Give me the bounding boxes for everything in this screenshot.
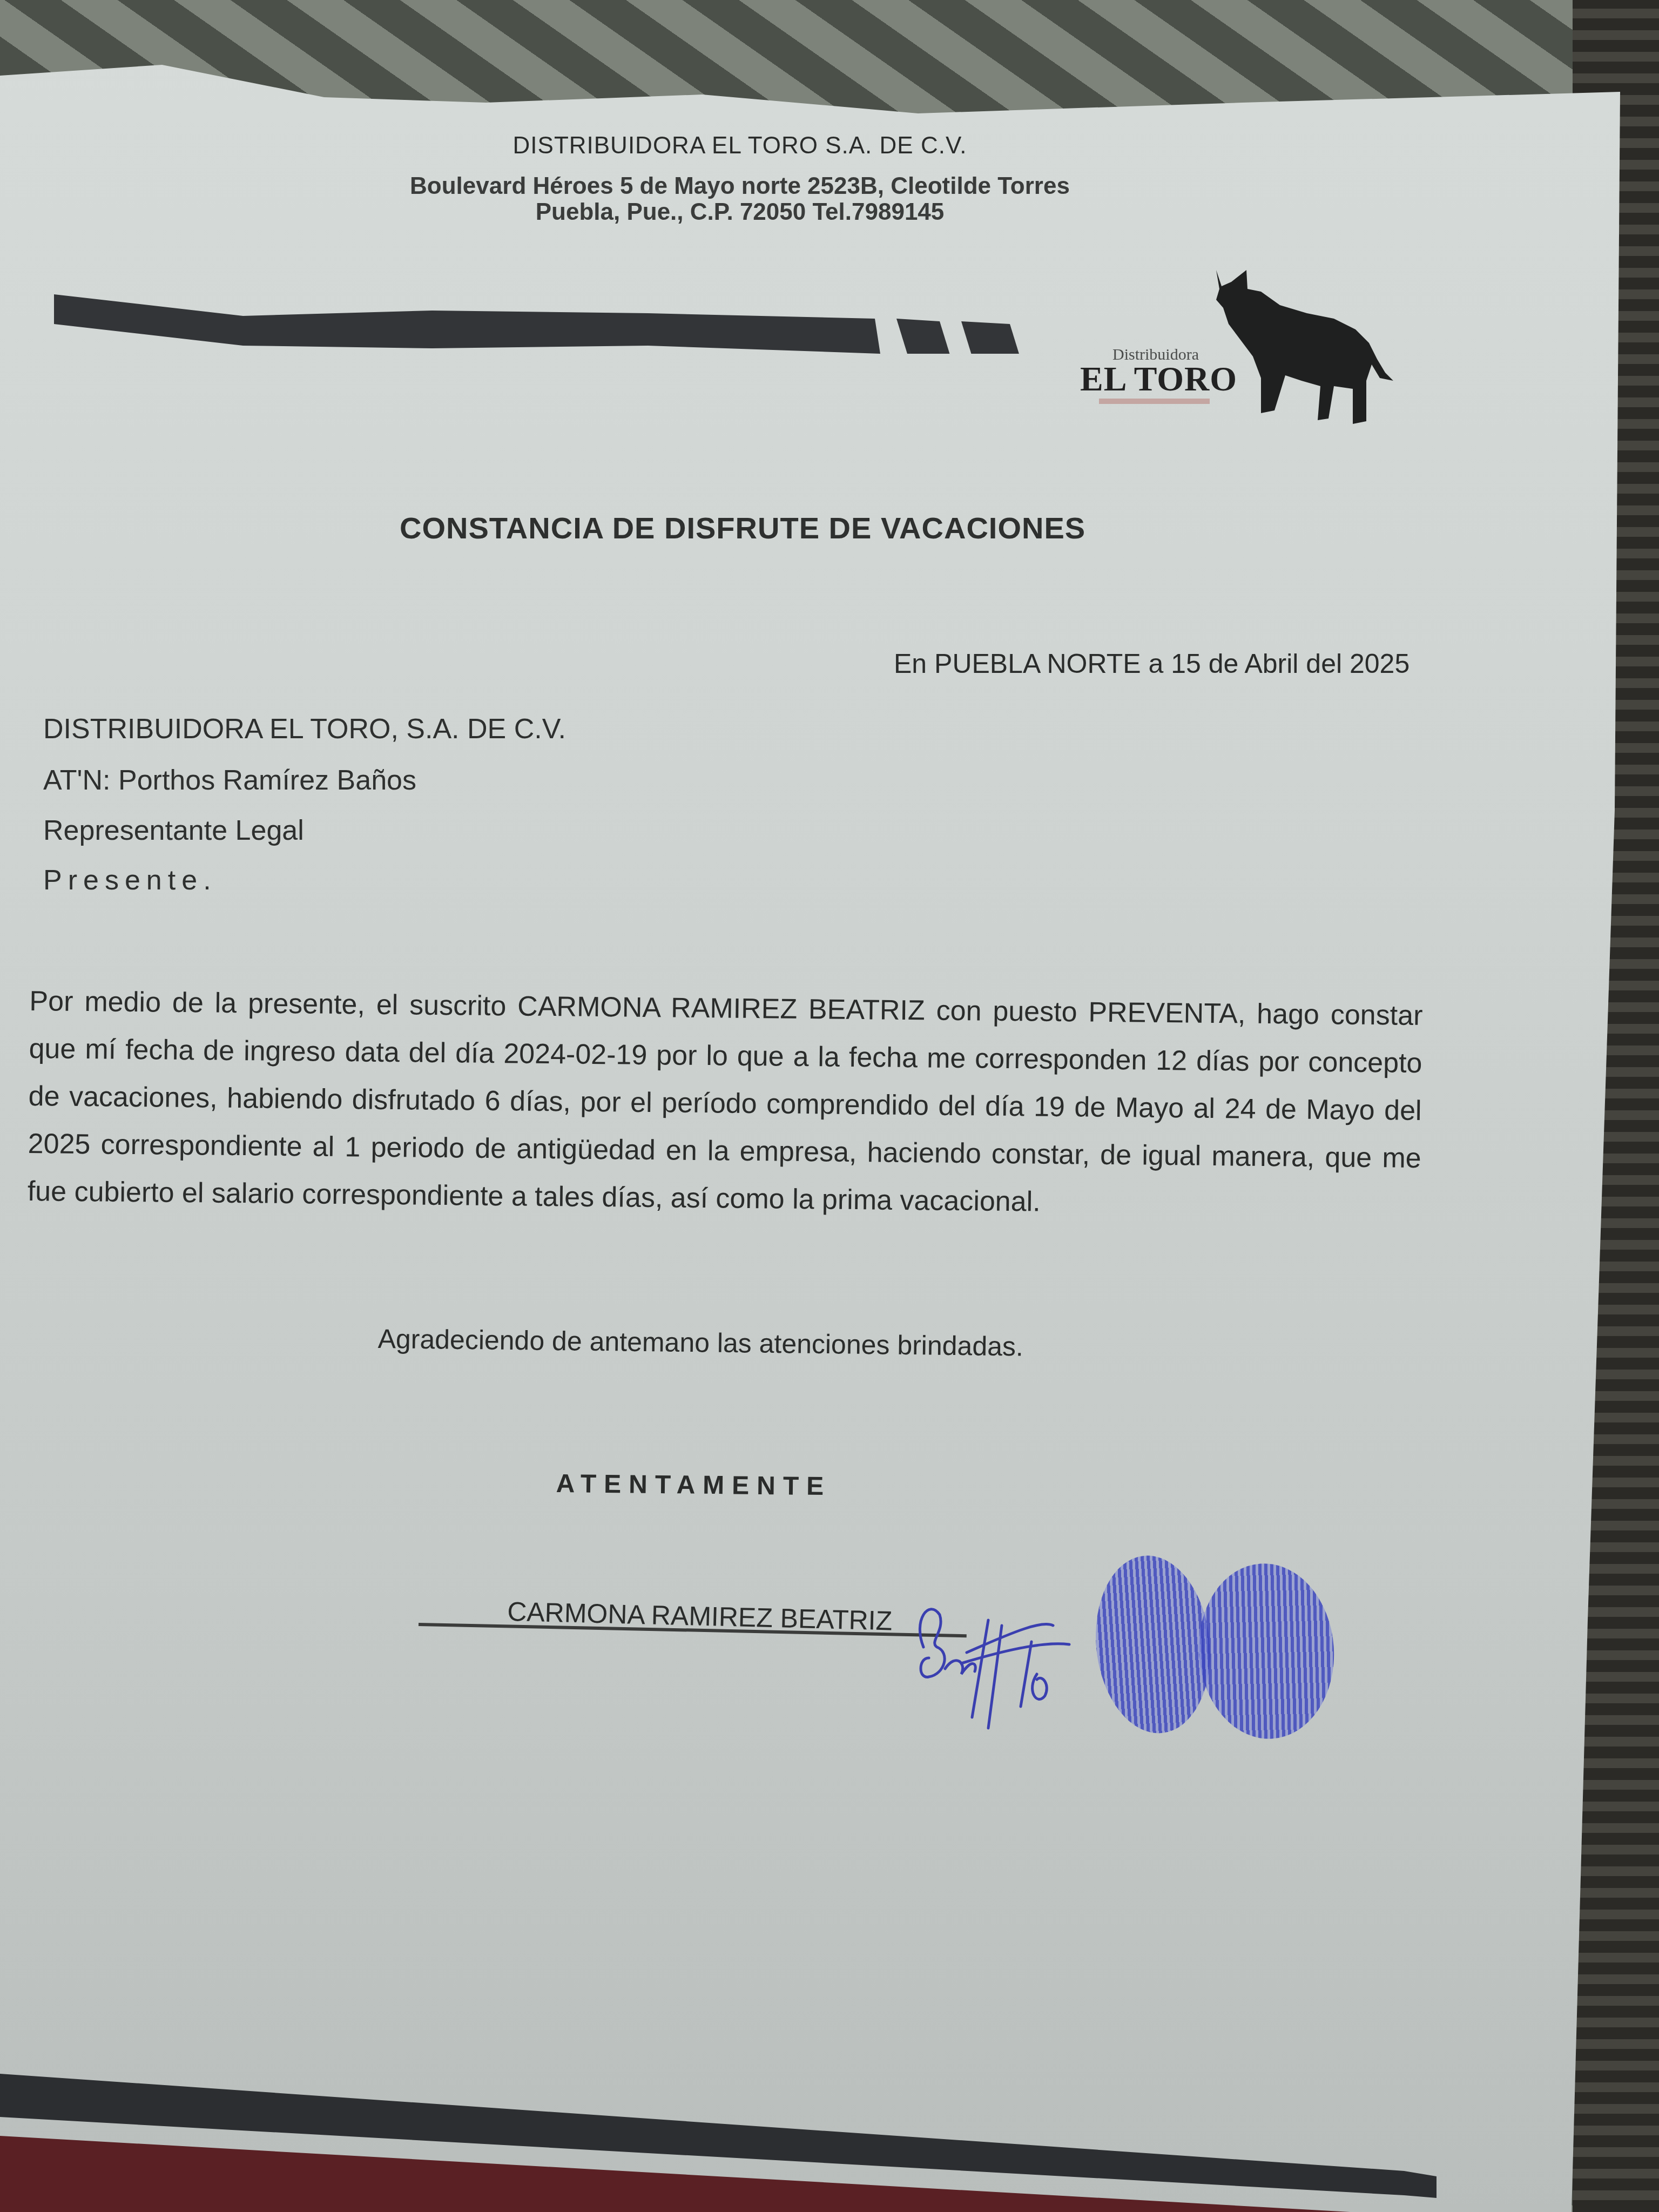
logo-tagline-bar	[1099, 399, 1210, 404]
document-sheet: DISTRIBUIDORA EL TORO S.A. DE C.V. Boule…	[0, 0, 1659, 2212]
letterhead-address-line-1: Boulevard Héroes 5 de Mayo norte 2523B, …	[0, 173, 1480, 200]
addressee-attention: AT'N: Porthos Ramírez Baños	[43, 764, 416, 797]
place-date: En PUEBLA NORTE a 15 de Abril del 2025	[894, 648, 1410, 679]
logo-brand: EL TORO	[1080, 359, 1237, 399]
addressee-company: DISTRIBUIDORA EL TORO, S.A. DE C.V.	[43, 713, 566, 745]
addressee-role: Representante Legal	[43, 814, 304, 847]
footer-decorative-band	[0, 2074, 1437, 2212]
signer-name: CARMONA RAMIREZ BEATRIZ	[507, 1596, 893, 1636]
addressee-greeting: Presente.	[43, 864, 217, 896]
letterhead-address-line-2: Puebla, Pue., C.P. 72050 Tel.7989145	[0, 199, 1480, 226]
document-title: CONSTANCIA DE DISFRUTE DE VACACIONES	[400, 510, 1085, 545]
closing-line: Agradeciendo de antemano las atenciones …	[377, 1323, 1023, 1363]
letterhead-decorative-bar	[54, 294, 1091, 354]
letterhead-company-name: DISTRIBUIDORA EL TORO S.A. DE C.V.	[0, 132, 1480, 159]
fingerprint-2	[1193, 1559, 1340, 1744]
document-body: Por medio de la presente, el suscrito CA…	[27, 977, 1422, 1230]
sign-off: ATENTAMENTE	[556, 1469, 831, 1501]
